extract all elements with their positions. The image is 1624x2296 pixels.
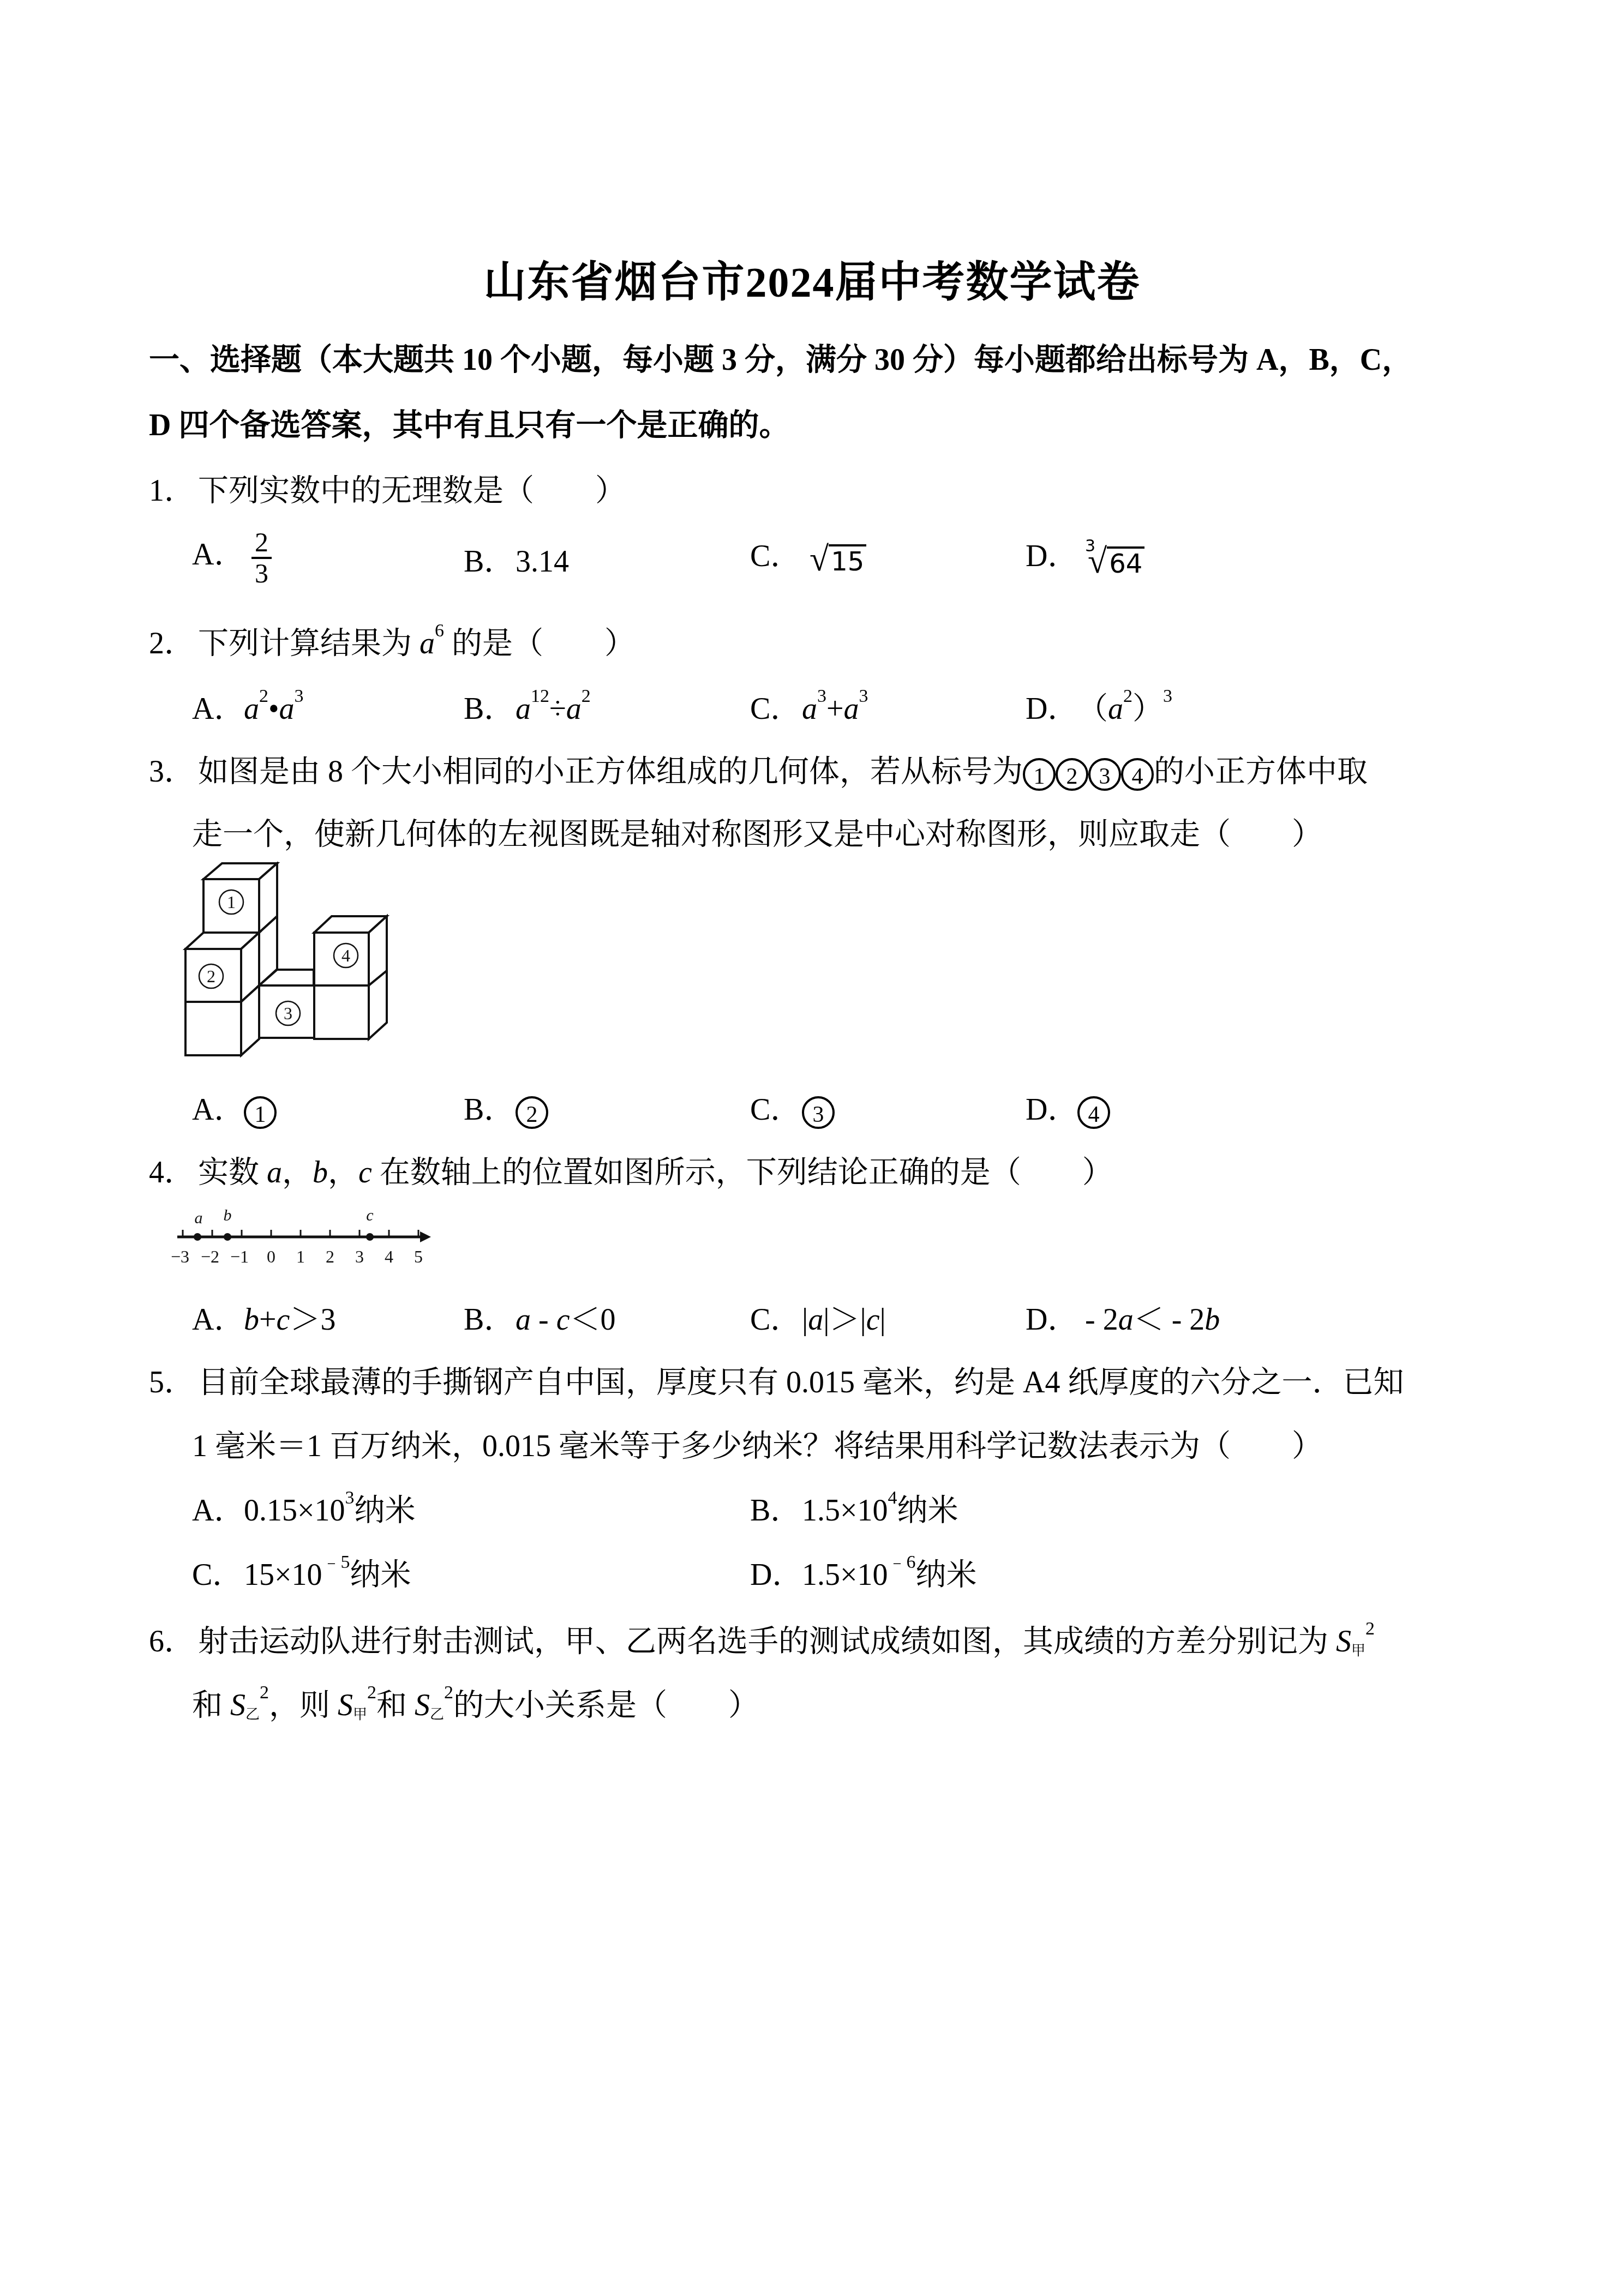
comparison: |＞| [823, 1303, 866, 1337]
circled-number: 2 [1056, 758, 1088, 791]
option-label: B． [464, 537, 516, 581]
tick-label: −3 [171, 1247, 189, 1266]
q2-option-c[interactable]: C．a3+a3 [750, 684, 868, 728]
separator: ， [328, 1156, 358, 1189]
abs-bar: | [880, 1303, 886, 1337]
point-b [224, 1233, 231, 1241]
radicand: 15 [829, 544, 866, 577]
page-title: 山东省烟台市2024届中考数学试卷 [0, 248, 1624, 309]
radical-icon: √ [1088, 542, 1107, 580]
exponent: 2 [259, 686, 268, 706]
question-number: 4． [149, 1148, 198, 1192]
q1-option-a[interactable]: A． 2 3 [192, 528, 272, 587]
question-number: 5． [149, 1358, 198, 1402]
circled-number: 1 [244, 1096, 277, 1129]
variable: a [566, 692, 582, 726]
question-text: 和 [192, 1688, 230, 1722]
option-label: C． [750, 1295, 802, 1339]
q4-option-b[interactable]: B．a - c＜0 [464, 1295, 616, 1339]
point-c [366, 1233, 374, 1241]
cube-label-2: 2 [207, 966, 215, 986]
option-label: A． [192, 1295, 244, 1339]
variable: a [279, 692, 295, 726]
exponent: 4 [888, 1488, 897, 1508]
numerator: 2 [251, 528, 272, 559]
exponent: 3 [345, 1488, 355, 1508]
question-5: 5．目前全球最薄的手撕钢产自中国，厚度只有 0.015 毫米，约是 A4 纸厚度… [149, 1358, 1404, 1402]
question-6-line2: 和 S乙2，则 S甲2和 S乙2的大小关系是（ ） [192, 1681, 759, 1724]
question-number: 1． [149, 466, 198, 510]
variable: a [420, 627, 435, 660]
operator: - [531, 1303, 556, 1337]
section-header-line2: D 四个备选答案，其中有且只有一个是正确的。 [149, 401, 789, 444]
q1-option-d[interactable]: D． 3√64 [1026, 532, 1144, 581]
q3-option-c[interactable]: C．3 [750, 1085, 835, 1129]
point-label-b: b [224, 1206, 232, 1224]
variable: S [338, 1688, 353, 1722]
option-label: A． [192, 1486, 244, 1530]
option-label: A． [192, 1085, 244, 1129]
q4-option-c[interactable]: C．|a|＞|c| [750, 1295, 886, 1339]
radicand: 64 [1107, 546, 1144, 579]
variable: a [1108, 692, 1123, 726]
base: 1.5×10 [802, 1494, 888, 1528]
section-header-line1: 一、选择题（本大题共 10 个小题，每小题 3 分，满分 30 分）每小题都给出… [149, 335, 1412, 379]
exponent: 3 [817, 686, 826, 706]
q1-option-c[interactable]: C． √15 [750, 532, 866, 579]
variable: a [516, 692, 531, 726]
option-label: D． [750, 1550, 802, 1594]
question-text: 的大小关系是（ ） [453, 1688, 759, 1722]
question-text: 和 [376, 1688, 415, 1722]
exponent: ﹣5 [322, 1552, 350, 1572]
variable: b [313, 1156, 328, 1189]
operator: • [268, 692, 279, 726]
question-number: 2． [149, 619, 198, 663]
question-text: 下列实数中的无理数是（ ） [198, 474, 626, 508]
variable: c [866, 1303, 880, 1337]
q3-option-d[interactable]: D．4 [1026, 1085, 1110, 1129]
question-text: 的小正方体中取 [1154, 755, 1368, 789]
q3-option-a[interactable]: A．1 [192, 1085, 277, 1129]
option-label: D． [1026, 1085, 1077, 1129]
abs-bar: | [802, 1303, 808, 1337]
unit: 纳米 [350, 1558, 411, 1592]
variable: c [556, 1303, 570, 1337]
variable: S [415, 1688, 430, 1722]
radical-icon: √ [810, 539, 829, 578]
operator: + [259, 1303, 277, 1337]
option-label: A． [192, 530, 244, 574]
option-label: C． [750, 684, 802, 728]
tick-label: 1 [296, 1247, 305, 1266]
question-number: 6． [149, 1617, 198, 1661]
variable: S [1336, 1625, 1351, 1658]
tick-label: −2 [201, 1247, 219, 1266]
exponent: 2 [582, 686, 591, 706]
variable: a [267, 1156, 282, 1189]
question-text: 目前全球最薄的手撕钢产自中国，厚度只有 0.015 毫米，约是 A4 纸厚度的六… [198, 1366, 1404, 1399]
tick-label: 0 [267, 1247, 275, 1266]
tick-label: −1 [230, 1247, 249, 1266]
question-text: 实数 [198, 1156, 267, 1189]
subscript: 甲 [353, 1706, 367, 1722]
cube-label-4: 4 [341, 946, 350, 965]
q1-option-b[interactable]: B．3.14 [464, 537, 569, 581]
cube-label-1: 1 [227, 892, 236, 912]
exponent: 6 [435, 621, 444, 641]
q4-option-a[interactable]: A．b+c＞3 [192, 1295, 335, 1339]
q5-option-d[interactable]: D．1.5×10﹣6纳米 [750, 1550, 977, 1594]
question-number: 3． [149, 747, 198, 791]
exponent: ﹣6 [888, 1552, 916, 1572]
exponent: 2 [444, 1682, 453, 1703]
base: 1.5×10 [802, 1558, 888, 1592]
cube-label-3: 3 [284, 1003, 292, 1023]
option-label: B． [464, 684, 516, 728]
question-text: 如图是由 8 个大小相同的小正方体组成的几何体，若从标号为 [198, 755, 1023, 789]
unit: 纳米 [916, 1558, 977, 1592]
question-2: 2．下列计算结果为 a6 的是（ ） [149, 619, 635, 663]
variable: a [244, 692, 259, 726]
subscript: 乙 [430, 1706, 444, 1722]
option-label: C． [750, 1085, 802, 1129]
variable: b [244, 1303, 259, 1337]
question-3: 3．如图是由 8 个大小相同的小正方体组成的几何体，若从标号为1234的小正方体… [149, 747, 1368, 791]
operator: + [826, 692, 844, 726]
exponent: 2 [367, 1682, 376, 1703]
option-label: B． [464, 1295, 516, 1339]
number-line: a b c −3 −2 −1 0 1 2 3 4 5 [164, 1189, 791, 1298]
point-a [194, 1233, 201, 1241]
question-5-line2: 1 毫米＝1 百万纳米，0.015 毫米等于多少纳米？将结果用科学记数法表示为（… [192, 1422, 1322, 1465]
question-text: 射击运动队进行射击测试，甲、乙两名选手的测试成绩如图，其成绩的方差分别记为 [198, 1625, 1336, 1658]
question-6: 6．射击运动队进行射击测试，甲、乙两名选手的测试成绩如图，其成绩的方差分别记为 … [149, 1617, 1375, 1661]
unit: 纳米 [897, 1494, 958, 1528]
paren: （ [1077, 692, 1108, 726]
variable: a [516, 1303, 531, 1337]
tick-label: 5 [414, 1247, 423, 1266]
q3-option-b[interactable]: B．2 [464, 1085, 548, 1129]
variable: a [844, 692, 859, 726]
option-label: D． [1026, 532, 1077, 575]
q5-option-c[interactable]: C．15×10﹣5纳米 [192, 1550, 411, 1594]
circled-number: 4 [1077, 1096, 1110, 1129]
circled-number: 3 [802, 1096, 835, 1129]
question-text: 在数轴上的位置如图所示，下列结论正确的是（ ） [372, 1156, 1113, 1189]
question-1: 1．下列实数中的无理数是（ ） [149, 466, 626, 510]
comparison: ＜0 [570, 1303, 616, 1337]
option-label: C． [750, 532, 802, 575]
variable: a [808, 1303, 823, 1337]
question-text: 的是（ ） [444, 627, 635, 660]
fraction: 2 3 [251, 528, 272, 587]
question-text: 下列计算结果为 [198, 627, 420, 660]
option-label: D． [1026, 1295, 1077, 1339]
variable: S [230, 1688, 245, 1722]
question-3-line2: 走一个，使新几何体的左视图既是轴对称图形又是中心对称图形，则应取走（ ） [192, 810, 1322, 854]
variable: a [1118, 1303, 1134, 1337]
option-label: B． [464, 1085, 516, 1129]
circled-number: 1 [1023, 758, 1056, 791]
q5-option-b[interactable]: B．1.5×104纳米 [750, 1486, 958, 1530]
option-label: C． [192, 1550, 244, 1594]
point-label-c: c [366, 1206, 373, 1224]
exponent: 3 [859, 686, 868, 706]
operator: ÷ [549, 692, 566, 726]
variable: b [1204, 1303, 1220, 1337]
option-value: 3.14 [516, 545, 569, 579]
q2-option-d[interactable]: D．（a2）3 [1026, 684, 1172, 728]
subscript: 乙 [245, 1706, 260, 1722]
option-label: A． [192, 684, 244, 728]
q2-option-b[interactable]: B．a12÷a2 [464, 684, 591, 728]
coefficient: - 2 [1077, 1303, 1118, 1337]
exponent: 2 [1123, 686, 1132, 706]
question-text: ，则 [269, 1688, 338, 1722]
option-label: B． [750, 1486, 802, 1530]
exponent: 3 [295, 686, 304, 706]
exponent: 3 [1163, 686, 1172, 706]
point-label-a: a [195, 1209, 203, 1227]
comparison: ＞3 [290, 1303, 335, 1337]
denominator: 3 [251, 559, 272, 588]
tick-label: 3 [355, 1247, 364, 1266]
circled-number: 4 [1121, 758, 1154, 791]
tick-label: 4 [385, 1247, 393, 1266]
circled-number: 2 [516, 1096, 548, 1129]
variable: c [277, 1303, 290, 1337]
tick-label: 2 [326, 1247, 334, 1266]
comparison: ＜ - 2 [1134, 1303, 1205, 1337]
variable: a [802, 692, 817, 726]
unit: 纳米 [355, 1494, 416, 1528]
exponent: 12 [531, 686, 549, 706]
variable: c [358, 1156, 372, 1189]
exponent: 2 [260, 1682, 269, 1703]
q4-option-d[interactable]: D． - 2a＜ - 2b [1026, 1295, 1220, 1339]
cube-root: 3√64 [1085, 537, 1144, 581]
option-label: D． [1026, 684, 1077, 728]
cube-figure: 1 2 3 4 [164, 862, 436, 1080]
q5-option-a[interactable]: A．0.15×103纳米 [192, 1486, 416, 1530]
paren: ） [1132, 692, 1163, 726]
exponent: 2 [1365, 1619, 1375, 1639]
q2-option-a[interactable]: A．a2•a3 [192, 684, 304, 728]
base: 0.15×10 [244, 1494, 345, 1528]
subscript: 甲 [1351, 1643, 1365, 1658]
square-root: √15 [810, 539, 866, 579]
question-4: 4．实数 a，b，c 在数轴上的位置如图所示，下列结论正确的是（ ） [149, 1148, 1113, 1192]
circled-number: 3 [1088, 758, 1121, 791]
base: 15×10 [244, 1558, 322, 1592]
separator: ， [282, 1156, 313, 1189]
